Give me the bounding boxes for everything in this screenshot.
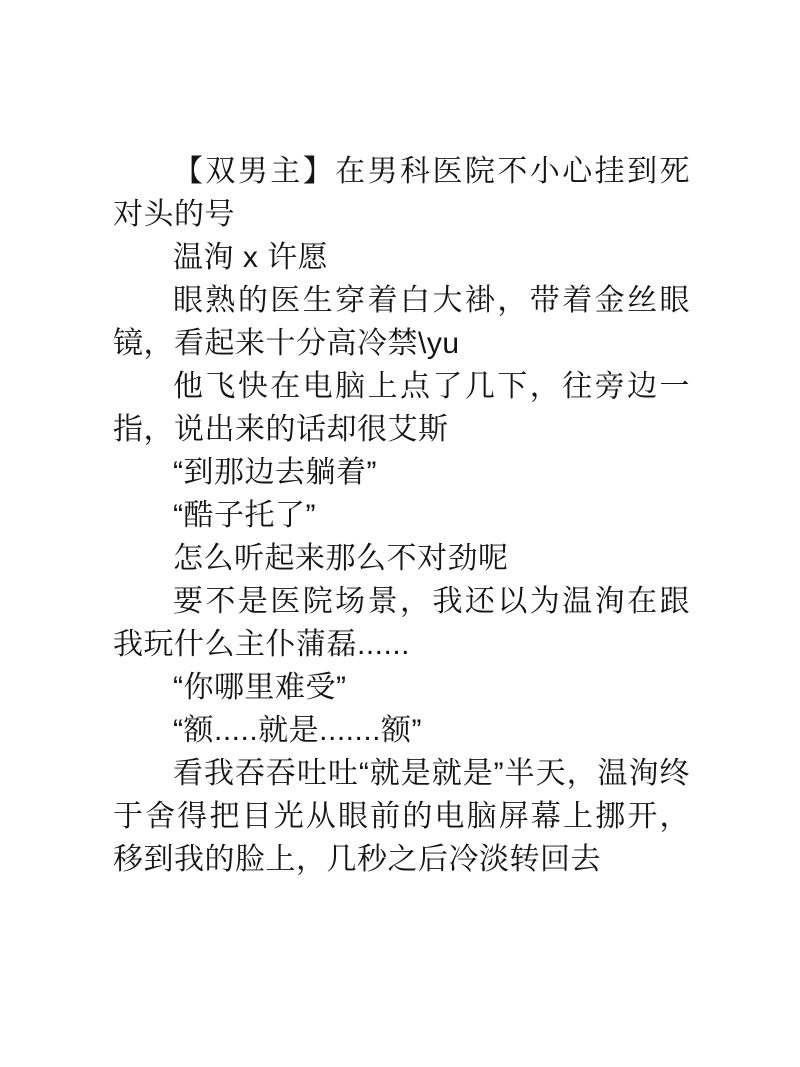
story-paragraph: “到那边去躺着” bbox=[113, 451, 690, 494]
story-paragraph: 眼熟的医生穿着白大褂，带着金丝眼镜，看起来十分高冷禁\yu bbox=[113, 279, 690, 365]
story-paragraph: “酷子托了” bbox=[113, 494, 690, 537]
story-title: 【双男主】在男科医院不小心挂到死对头的号 bbox=[113, 150, 690, 236]
story-paragraph: 他飞快在电脑上点了几下，往旁边一指，说出来的话却很艾斯 bbox=[113, 365, 690, 451]
story-paragraph: “额.....就是.......额” bbox=[113, 709, 690, 752]
story-paragraph: “你哪里难受” bbox=[113, 666, 690, 709]
story-paragraph: 看我吞吞吐吐“就是就是”半天，温洵终于舍得把目光从眼前的电脑屏幕上挪开，移到我的… bbox=[113, 752, 690, 881]
pairing-line: 温洵 x 许愿 bbox=[113, 236, 690, 279]
story-paragraph: 怎么听起来那么不对劲呢 bbox=[113, 537, 690, 580]
story-paragraph: 要不是医院场景，我还以为温洵在跟我玩什么主仆蒲磊...... bbox=[113, 580, 690, 666]
document-page: 【双男主】在男科医院不小心挂到死对头的号 温洵 x 许愿 眼熟的医生穿着白大褂，… bbox=[0, 0, 800, 1067]
